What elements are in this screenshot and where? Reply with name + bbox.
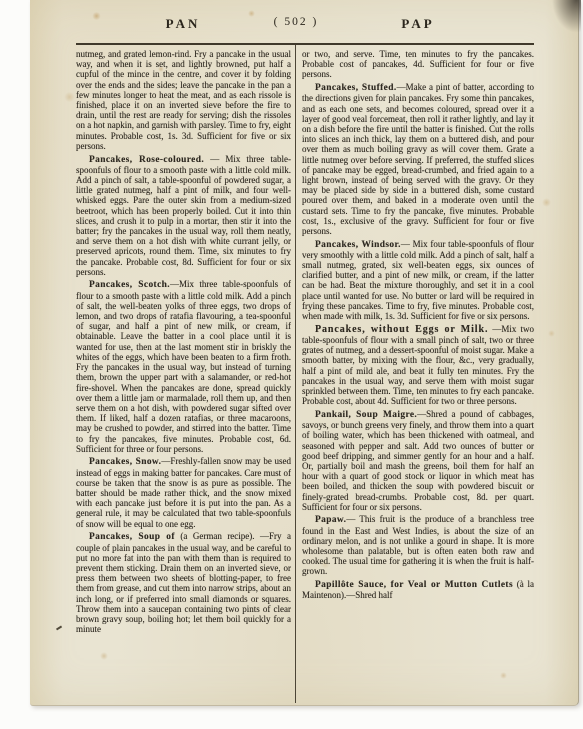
- page-corner-shadow: [551, 0, 581, 34]
- entry-heading: Pancakes, Stuffed.: [315, 83, 397, 93]
- entry-heading: Pancakes, Rose-coloured.: [89, 155, 204, 165]
- entry-heading: Pancakes, Soup of: [89, 532, 175, 542]
- entry-heading: Papillôte Sauce, for Veal or Mutton Cutl…: [315, 580, 513, 590]
- foxing-spot: [92, 12, 101, 20]
- entry-body: —Mix three table-spoonfuls of flour to a…: [76, 279, 291, 453]
- entry-heading: Pancakes, Windsor.: [315, 240, 401, 250]
- entry-body: or two, and serve. Time, ten minutes to …: [302, 49, 534, 79]
- foxing-spot: [64, 92, 75, 102]
- right-column: or two, and serve. Time, ten minutes to …: [302, 49, 534, 601]
- entry-paragraph-papaw: Papaw.— This fruit is the produce of a b…: [302, 514, 534, 576]
- book-page: PAN ( 502 ) PAP nutmeg, and grated lemon…: [30, 0, 579, 706]
- entry-body: —Freshly-fallen snow may be used instead…: [76, 456, 291, 528]
- stray-ink-mark: [56, 626, 62, 631]
- entry-body: —Shred a pound of cabbages, savoys, or b…: [302, 409, 534, 512]
- entry-heading: Pancakes, without Eggs or Milk.: [315, 324, 488, 335]
- entry-body: —Fry a couple of plain pancakes in the u…: [76, 531, 291, 634]
- entry-paragraph-windsor: Pancakes, Windsor.— Mix four table-spoon…: [302, 239, 534, 322]
- entry-paragraph-continuation: or two, and serve. Time, ten minutes to …: [302, 49, 534, 80]
- foxing-spot: [548, 330, 555, 337]
- entry-paragraph-scotch: Pancakes, Scotch.—Mix three table-spoonf…: [76, 279, 291, 453]
- entry-paragraph-papillote-sauce: Papillôte Sauce, for Veal or Mutton Cutl…: [302, 579, 534, 600]
- running-head-right: PAP: [363, 16, 473, 32]
- foxing-spot: [100, 652, 108, 660]
- entry-paragraph-soup-of: Pancakes, Soup of (a German recipe). —Fr…: [76, 531, 291, 634]
- entry-heading: Papaw.: [315, 515, 346, 525]
- entry-body: — Mix four table-spoonfuls of flour very…: [302, 239, 534, 321]
- entry-body: nutmeg, and grated lemon-rind. Fry a pan…: [76, 49, 291, 151]
- entry-body: — Mix three table-spoonfuls of flour to …: [76, 154, 291, 277]
- entry-body: —Mix two table-spoonfuls of flour with a…: [302, 324, 534, 406]
- entry-body: —Make a pint of batter, according to the…: [302, 82, 534, 236]
- entry-heading: Pancakes, Snow.: [89, 457, 161, 467]
- header-rule: [76, 43, 534, 45]
- entry-heading: Pankail, Soup Maigre.: [315, 410, 417, 420]
- scan-background: PAN ( 502 ) PAP nutmeg, and grated lemon…: [0, 0, 583, 729]
- entry-paragraph-rose-coloured: Pancakes, Rose-coloured. — Mix three tab…: [76, 154, 291, 277]
- column-divider: [295, 45, 296, 703]
- running-head-left: PAN: [128, 16, 238, 32]
- page-number: ( 502 ): [241, 16, 351, 28]
- entry-body: —Shred half: [346, 590, 392, 600]
- entry-heading: Pancakes, Scotch.: [89, 280, 170, 290]
- entry-paragraph-without-eggs-or-milk: Pancakes, without Eggs or Milk. —Mix two…: [302, 324, 534, 407]
- left-column: nutmeg, and grated lemon-rind. Fry a pan…: [76, 49, 291, 634]
- foxing-spot: [500, 672, 507, 679]
- entry-paragraph-pankail: Pankail, Soup Maigre.—Shred a pound of c…: [302, 409, 534, 512]
- entry-paragraph-stuffed: Pancakes, Stuffed.—Make a pint of batter…: [302, 82, 534, 236]
- entry-paragraph-continuation: nutmeg, and grated lemon-rind. Fry a pan…: [76, 49, 291, 151]
- foxing-spot: [542, 198, 551, 207]
- entry-heading-note: (a German recipe).: [175, 531, 255, 541]
- entry-paragraph-snow: Pancakes, Snow.—Freshly-fallen snow may …: [76, 456, 291, 528]
